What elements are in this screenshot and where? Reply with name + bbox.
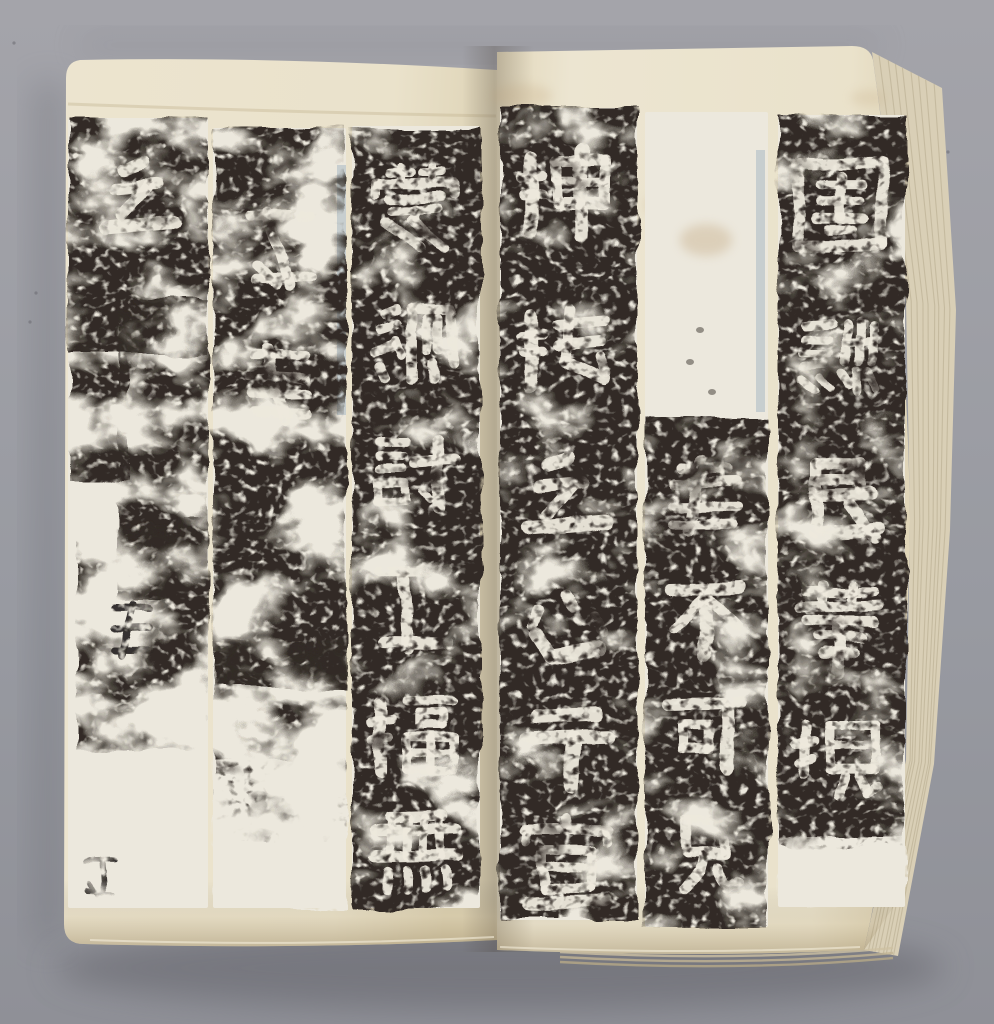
backdrop-speck — [946, 150, 949, 153]
rubbing-strip-L1 — [68, 118, 208, 908]
rubbing-ink — [500, 108, 637, 920]
worn-patch — [778, 838, 905, 907]
rubbing-strip-R5 — [645, 112, 768, 927]
backdrop-speck — [12, 41, 15, 44]
book-spread-photo — [0, 0, 994, 1024]
rubbing-strip-L3 — [352, 126, 480, 908]
rubbing-strip-R4 — [500, 108, 637, 920]
backing-sliver — [756, 150, 765, 412]
ink-chip — [686, 359, 694, 365]
rubbing-album-photo — [0, 0, 994, 1024]
worn-patch — [213, 760, 346, 908]
ink-chip — [696, 327, 704, 333]
ink-chip — [708, 389, 716, 395]
strip-stain — [680, 224, 732, 256]
rubbing-strip-L2 — [213, 128, 346, 908]
rubbing-ink — [68, 310, 126, 480]
rubbing-strip-R6 — [778, 115, 905, 907]
page-stain — [492, 84, 552, 108]
backdrop-speck — [28, 320, 31, 323]
left-edge-shadow — [34, 82, 62, 942]
page-stain — [850, 90, 886, 106]
rubbing-ink — [76, 520, 208, 750]
